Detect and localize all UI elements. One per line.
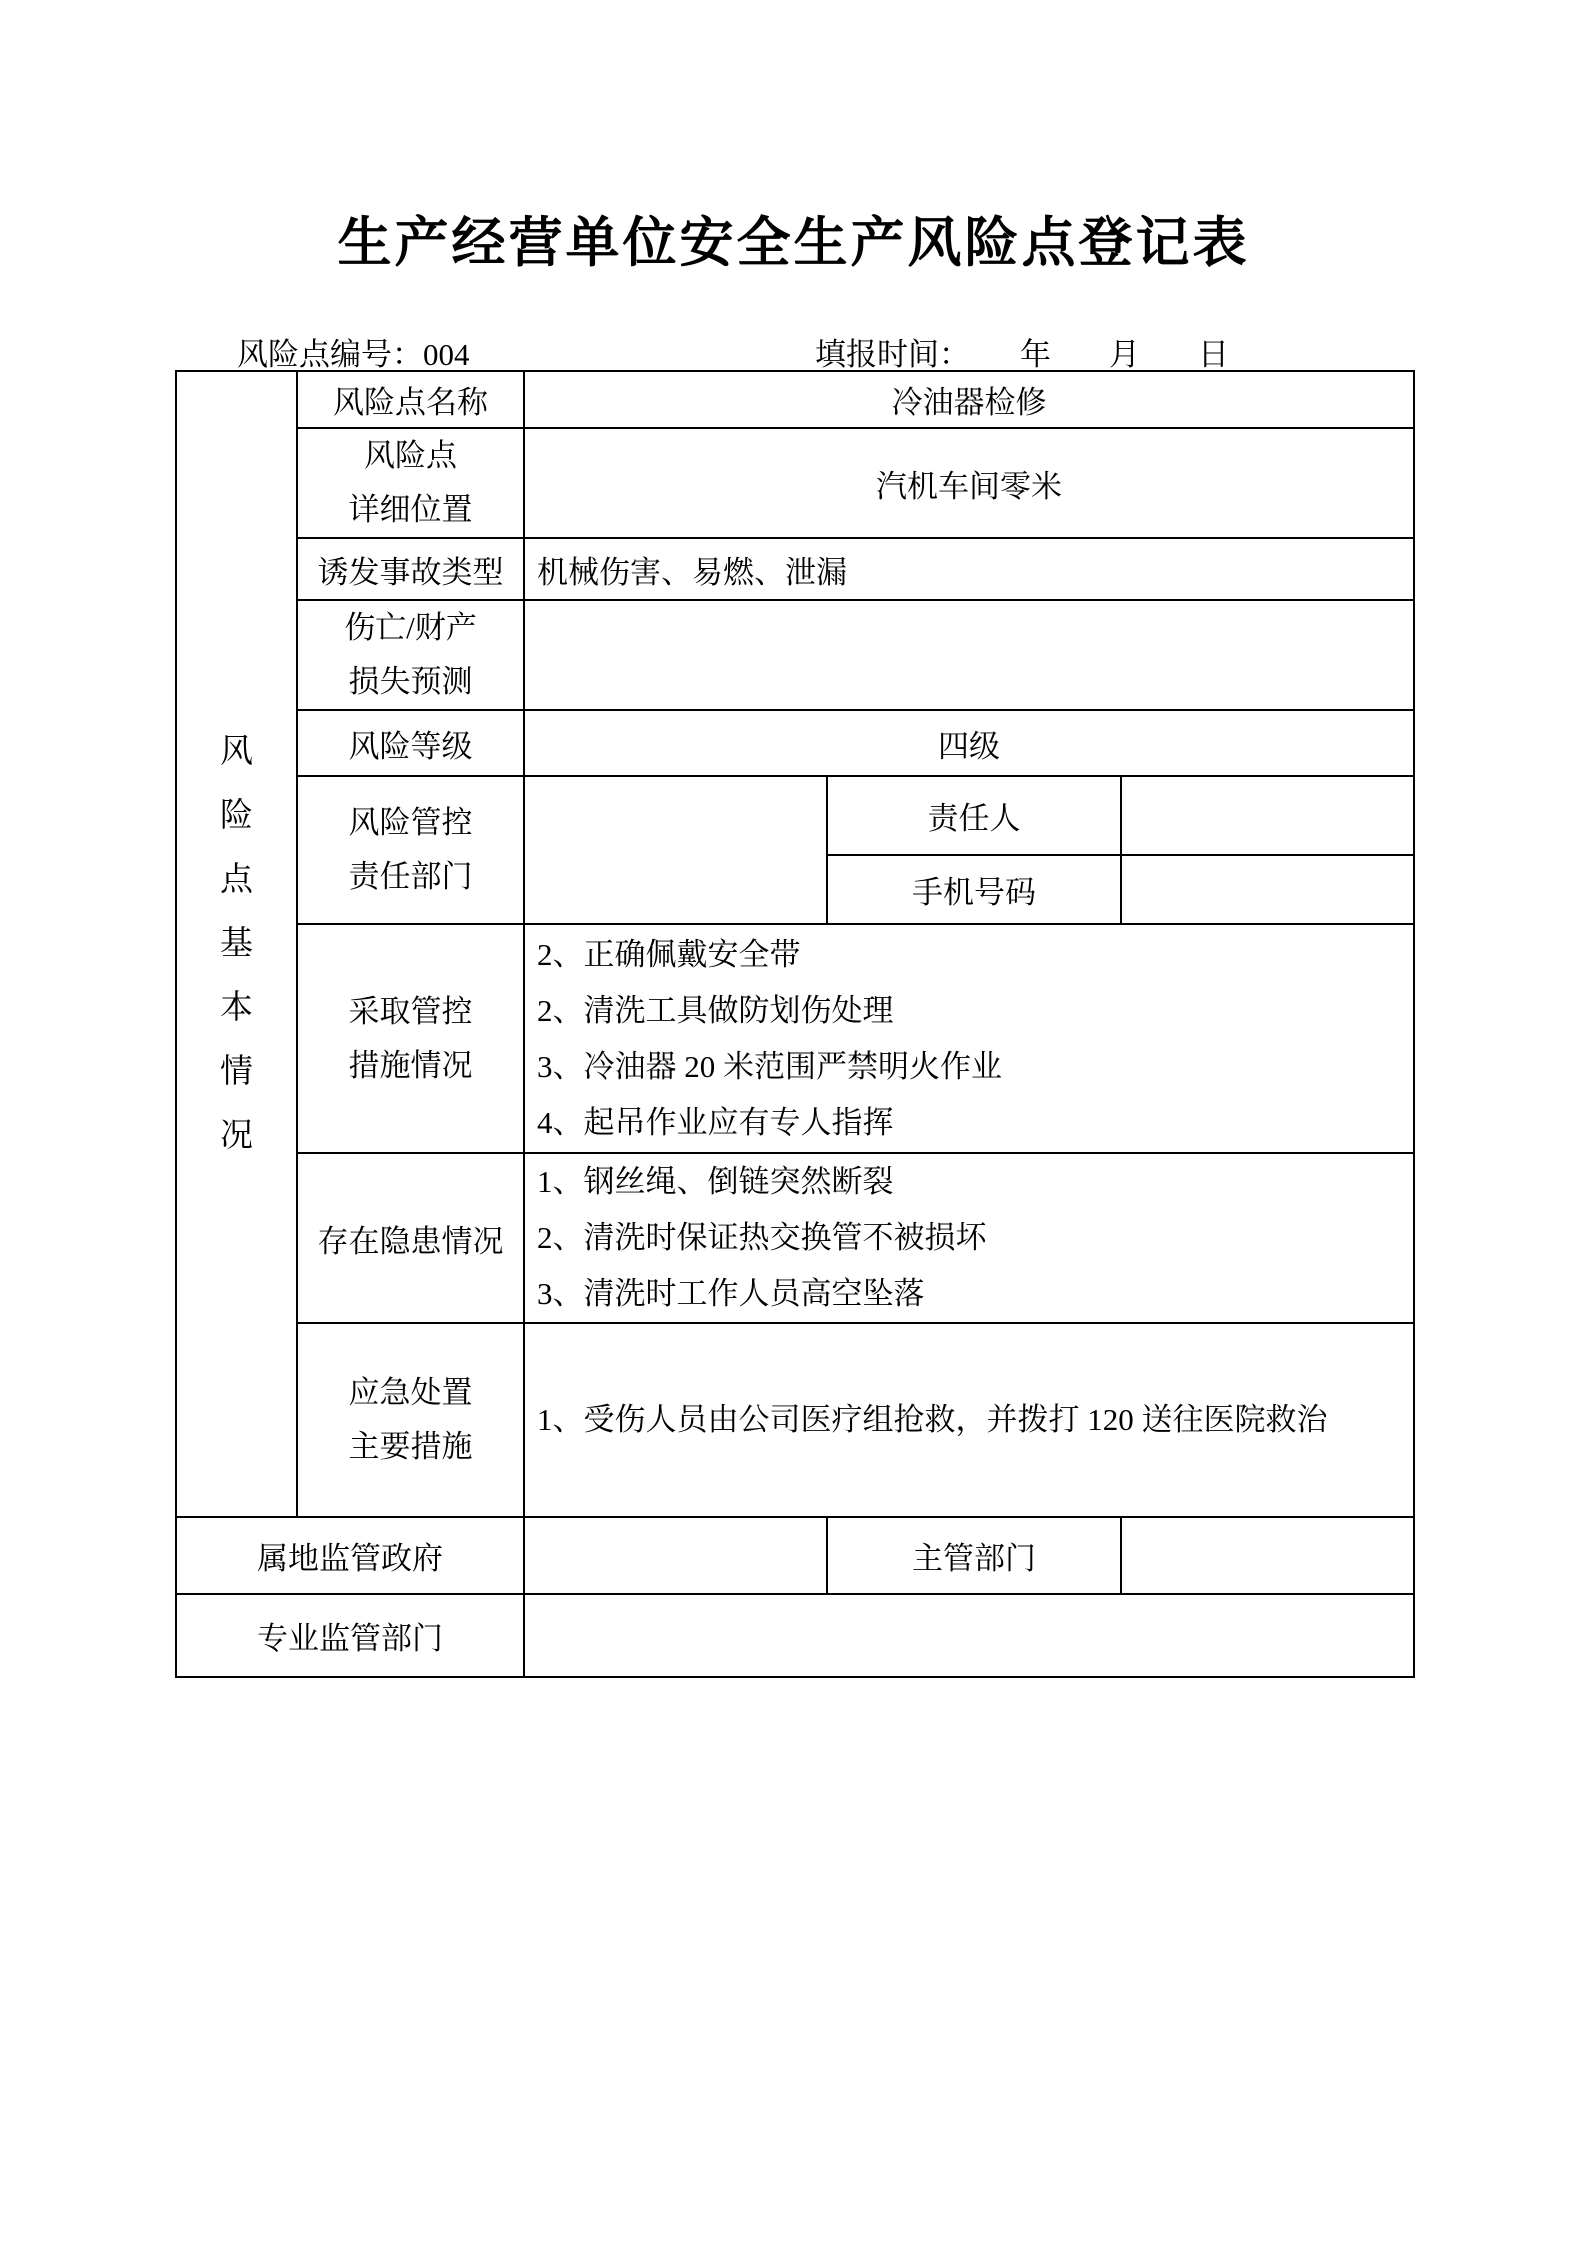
section-char: 况	[177, 1104, 296, 1168]
risk-name-value: 冷油器检修	[524, 371, 1414, 428]
measure-item: 3、冷油器 20 米范围严禁明火作业	[537, 1039, 1413, 1095]
fill-time-label: 填报时间：	[815, 337, 970, 372]
accident-type-value: 机械伤害、易燃、泄漏	[524, 538, 1414, 600]
danger-item: 1、钢丝绳、倒链突然断裂	[537, 1154, 1413, 1210]
measure-item: 2、正确佩戴安全带	[537, 927, 1413, 983]
local-gov-value	[524, 1517, 827, 1594]
loss-forecast-value	[524, 600, 1414, 710]
fill-time-month: 月	[1109, 337, 1140, 372]
row-accident-type: 诱发事故类型 机械伤害、易燃、泄漏	[176, 538, 1414, 600]
risk-point-number: 风险点编号：004	[237, 329, 470, 374]
prof-dept-label: 专业监管部门	[176, 1594, 524, 1677]
supervising-dept-value	[1121, 1517, 1414, 1594]
row-local-gov: 属地监管政府 主管部门	[176, 1517, 1414, 1594]
loss-forecast-label: 伤亡/财产 损失预测	[297, 600, 524, 710]
control-measures-label: 采取管控 措施情况	[297, 924, 524, 1153]
section-char: 风	[177, 720, 296, 784]
label-line: 风险管控	[298, 796, 523, 850]
control-dept-value	[524, 776, 827, 924]
risk-level-value: 四级	[524, 710, 1414, 776]
risk-level-label: 风险等级	[297, 710, 524, 776]
fill-time-year: 年	[1020, 337, 1051, 372]
risk-location-label: 风险点 详细位置	[297, 428, 524, 538]
accident-type-label: 诱发事故类型	[297, 538, 524, 600]
risk-name-label: 风险点名称	[297, 371, 524, 428]
emergency-measures-label: 应急处置 主要措施	[297, 1323, 524, 1517]
section-char: 本	[177, 976, 296, 1040]
label-line: 伤亡/财产	[298, 601, 523, 655]
local-gov-label: 属地监管政府	[176, 1517, 524, 1594]
section-char: 点	[177, 848, 296, 912]
responsible-person-label: 责任人	[827, 776, 1121, 855]
risk-point-number-value: 004	[423, 337, 470, 372]
label-line: 措施情况	[298, 1039, 523, 1093]
control-dept-label: 风险管控 责任部门	[297, 776, 524, 924]
section-char: 情	[177, 1040, 296, 1104]
fill-time: 填报时间：年月日	[815, 329, 1229, 374]
section-char: 险	[177, 784, 296, 848]
row-risk-level: 风险等级 四级	[176, 710, 1414, 776]
row-control-measures: 采取管控 措施情况 2、正确佩戴安全带 2、清洗工具做防划伤处理 3、冷油器 2…	[176, 924, 1414, 1153]
label-line: 应急处置	[298, 1366, 523, 1420]
emergency-measures-value: 1、受伤人员由公司医疗组抢救，并拨打 120 送往医院救治	[524, 1323, 1414, 1517]
label-line: 损失预测	[298, 655, 523, 709]
label-line: 主要措施	[298, 1420, 523, 1474]
hidden-dangers-label: 存在隐患情况	[297, 1153, 524, 1323]
fill-time-day: 日	[1198, 337, 1229, 372]
label-line: 风险点	[298, 429, 523, 483]
measure-item: 2、清洗工具做防划伤处理	[537, 983, 1413, 1039]
hidden-dangers-value: 1、钢丝绳、倒链突然断裂 2、清洗时保证热交换管不被损坏 3、清洗时工作人员高空…	[524, 1153, 1414, 1323]
info-line: 风险点编号：004 填报时间：年月日	[0, 329, 1587, 369]
section-label-basic-info: 风 险 点 基 本 情 况	[176, 371, 297, 1517]
page-title: 生产经营单位安全生产风险点登记表	[0, 200, 1587, 277]
phone-number-label: 手机号码	[827, 855, 1121, 924]
row-risk-location: 风险点 详细位置 汽机车间零米	[176, 428, 1414, 538]
row-control-dept: 风险管控 责任部门 责任人	[176, 776, 1414, 855]
supervising-dept-label: 主管部门	[827, 1517, 1121, 1594]
danger-item: 2、清洗时保证热交换管不被损坏	[537, 1210, 1413, 1266]
control-measures-value: 2、正确佩戴安全带 2、清洗工具做防划伤处理 3、冷油器 20 米范围严禁明火作…	[524, 924, 1414, 1153]
section-char: 基	[177, 912, 296, 976]
measure-item: 4、起吊作业应有专人指挥	[537, 1095, 1413, 1151]
risk-point-number-label: 风险点编号：	[237, 337, 423, 372]
prof-dept-value	[524, 1594, 1414, 1677]
label-line: 详细位置	[298, 483, 523, 537]
label-line: 责任部门	[298, 850, 523, 904]
row-risk-name: 风 险 点 基 本 情 况 风险点名称 冷油器检修	[176, 371, 1414, 428]
phone-number-value	[1121, 855, 1414, 924]
row-loss-forecast: 伤亡/财产 损失预测	[176, 600, 1414, 710]
danger-item: 3、清洗时工作人员高空坠落	[537, 1266, 1413, 1322]
risk-registration-table: 风 险 点 基 本 情 况 风险点名称 冷油器检修 风险点 详细位置 汽机车间零…	[175, 370, 1415, 1678]
label-line: 采取管控	[298, 985, 523, 1039]
emergency-item: 1、受伤人员由公司医疗组抢救，并拨打 120 送往医院救治	[537, 1392, 1413, 1448]
row-prof-dept: 专业监管部门	[176, 1594, 1414, 1677]
responsible-person-value	[1121, 776, 1414, 855]
row-emergency-measures: 应急处置 主要措施 1、受伤人员由公司医疗组抢救，并拨打 120 送往医院救治	[176, 1323, 1414, 1517]
row-hidden-dangers: 存在隐患情况 1、钢丝绳、倒链突然断裂 2、清洗时保证热交换管不被损坏 3、清洗…	[176, 1153, 1414, 1323]
risk-location-value: 汽机车间零米	[524, 428, 1414, 538]
